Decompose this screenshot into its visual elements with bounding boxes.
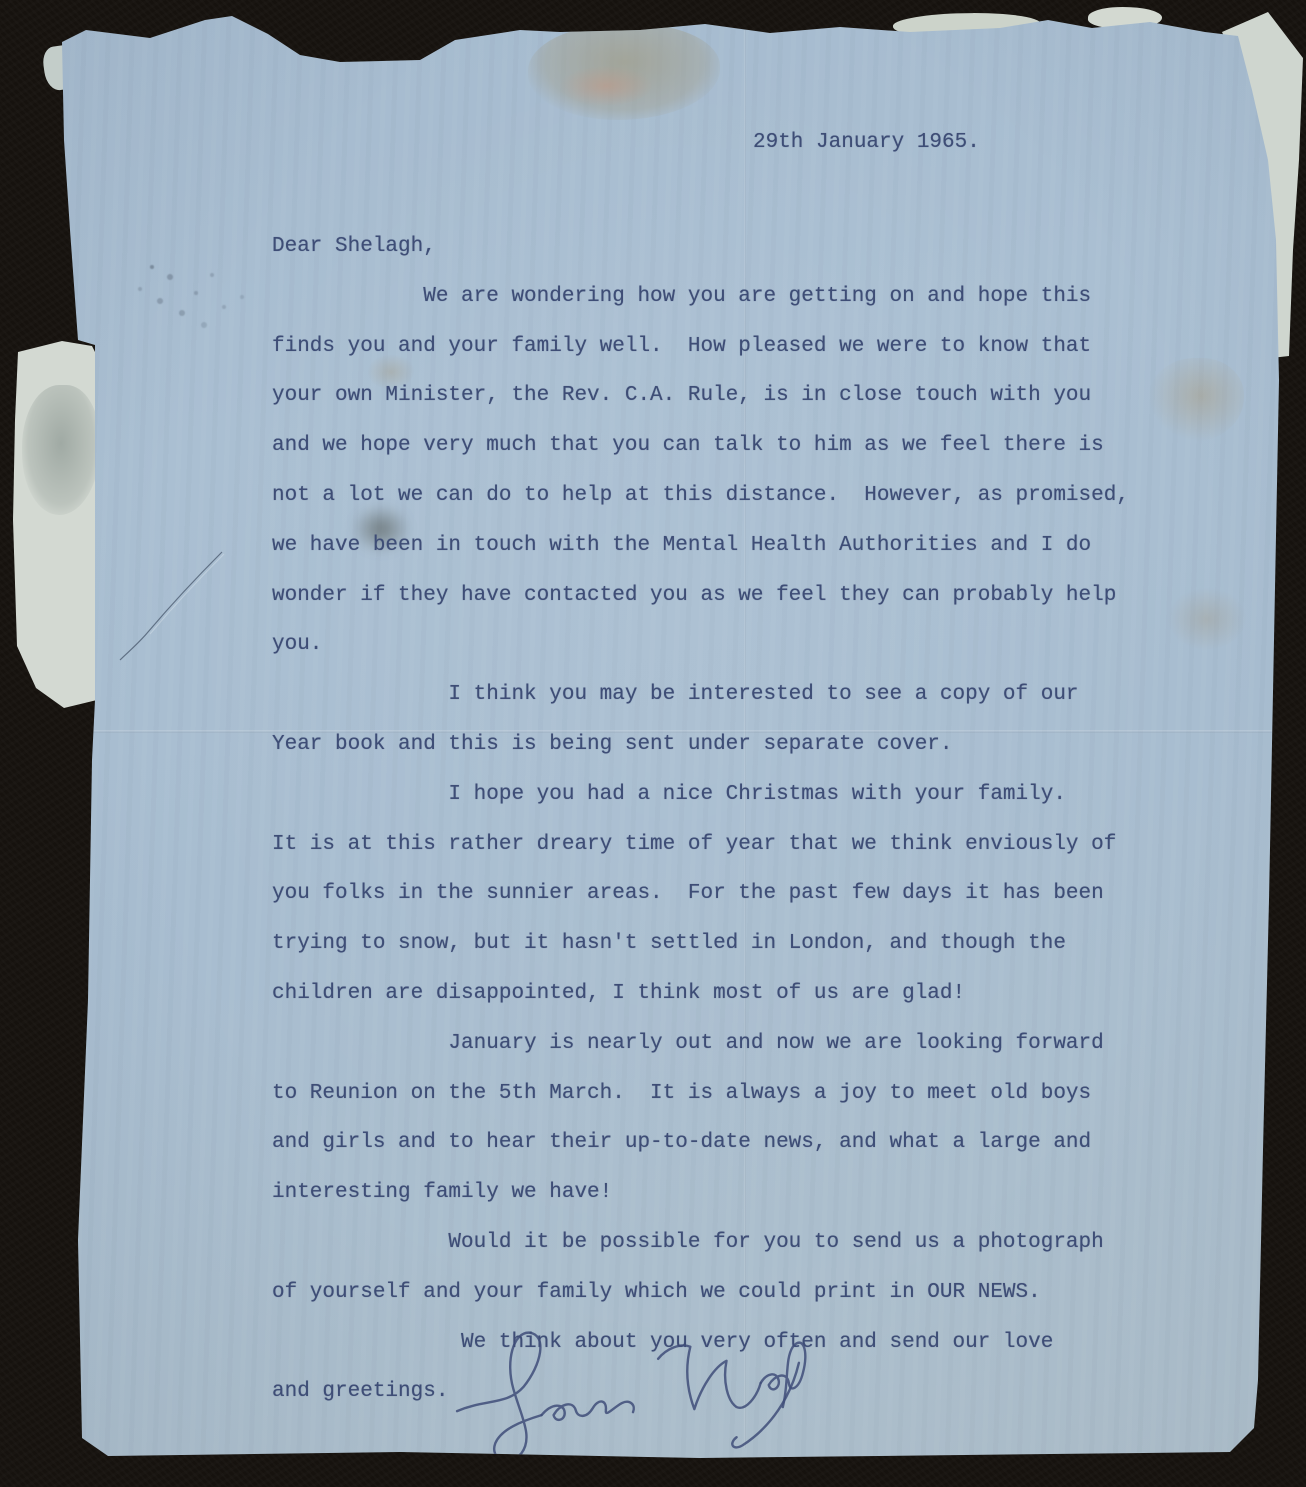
- letter-line: It is at this rather dreary time of year…: [272, 820, 1232, 870]
- gray-speckle-marks: [150, 265, 154, 269]
- letter-line: children are disappointed, I think most …: [272, 969, 1232, 1019]
- letter-line: Year book and this is being sent under s…: [272, 720, 1232, 770]
- date-line: 29th January 1965.: [753, 126, 980, 160]
- letter-line: wonder if they have contacted you as we …: [272, 571, 1232, 621]
- letter-line: and girls and to hear their up-to-date n…: [272, 1118, 1232, 1168]
- letter-line: not a lot we can do to help at this dist…: [272, 471, 1232, 521]
- letter-line: interesting family we have!: [272, 1168, 1232, 1218]
- letter-line: January is nearly out and now we are loo…: [272, 1019, 1232, 1069]
- letter-line: Would it be possible for you to send us …: [272, 1218, 1232, 1268]
- letter-line: to Reunion on the 5th March. It is alway…: [272, 1069, 1232, 1119]
- letter-line: of yourself and your family which we cou…: [272, 1268, 1232, 1318]
- letter-body: Dear Shelagh, We are wondering how you a…: [272, 222, 1232, 1417]
- letter-line: you folks in the sunnier areas. For the …: [272, 869, 1232, 919]
- letter-line: we have been in touch with the Mental He…: [272, 521, 1232, 571]
- letter-line: trying to snow, but it hasn't settled in…: [272, 919, 1232, 969]
- letter-line: I think you may be interested to see a c…: [272, 670, 1232, 720]
- handwritten-signature: [445, 1318, 817, 1470]
- salutation-line: Dear Shelagh,: [272, 222, 1232, 272]
- letter-paper: 29th January 1965. Dear Shelagh, We are …: [0, 0, 1306, 1487]
- scanned-letter-page: 29th January 1965. Dear Shelagh, We are …: [0, 0, 1306, 1487]
- letter-line: your own Minister, the Rev. C.A. Rule, i…: [272, 371, 1232, 421]
- letter-line: I hope you had a nice Christmas with you…: [272, 770, 1232, 820]
- letter-line: and we hope very much that you can talk …: [272, 421, 1232, 471]
- letter-line: you.: [272, 620, 1232, 670]
- letter-line: We are wondering how you are getting on …: [272, 272, 1232, 322]
- letter-line: finds you and your family well. How plea…: [272, 322, 1232, 372]
